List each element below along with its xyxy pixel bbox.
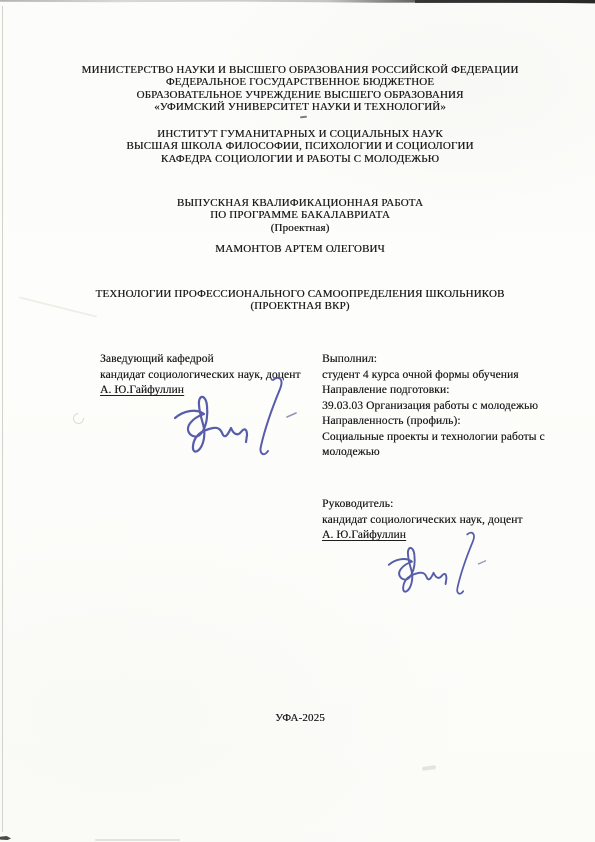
approver-block: Заведующий кафедрой кандидат социологиче… <box>100 352 330 399</box>
thesis-title-line: ТЕХНОЛОГИИ ПРОФЕССИОНАЛЬНОГО САМООПРЕДЕЛ… <box>20 288 580 300</box>
performer-label: Выполнил: <box>322 352 570 368</box>
university-name: «УФИМСКИЙ УНИВЕРСИТЕТ НАУКИ И ТЕХНОЛОГИЙ… <box>20 101 580 113</box>
department-line: КАФЕДРА СОЦИОЛОГИИ И РАБОТЫ С МОЛОДЕЖЬЮ <box>20 153 580 165</box>
scan-edge-left <box>2 6 3 832</box>
thesis-title-line: (ПРОЕКТНАЯ ВКР) <box>20 300 580 312</box>
scan-edge-right <box>593 60 594 800</box>
ministry-line: ОБРАЗОВАТЕЛЬНОЕ УЧРЕЖДЕНИЕ ВЫСШЕГО ОБРАЗ… <box>20 89 580 101</box>
performer-block: Выполнил: студент 4 курса очной формы об… <box>322 352 570 461</box>
scan-edge-top-right <box>415 0 595 3</box>
city-year: УФА-2025 <box>20 712 580 724</box>
supervisor-name: А. Ю.Гайфуллин <box>322 528 570 544</box>
approver-position: Заведующий кафедрой <box>100 352 330 368</box>
performer-line: Социальные проекты и технологии работы с <box>322 430 570 446</box>
work-type-line: ВЫПУСКНАЯ КВАЛИФИКАЦИОННАЯ РАБОТА <box>20 197 580 209</box>
thesis-title: ТЕХНОЛОГИИ ПРОФЕССИОНАЛЬНОГО САМООПРЕДЕЛ… <box>20 288 580 313</box>
supervisor-block: Руководитель: кандидат социологических н… <box>322 497 570 544</box>
work-type-block: ВЫПУСКНАЯ КВАЛИФИКАЦИОННАЯ РАБОТА ПО ПРО… <box>20 197 580 234</box>
scan-smudge-bottom <box>95 839 180 841</box>
author-name: МАМОНТОВ АРТЕМ ОЛЕГОВИЧ <box>20 243 580 255</box>
institute-line: ИНСТИТУТ ГУМАНИТАРНЫХ И СОЦИАЛЬНЫХ НАУК <box>20 128 580 140</box>
school-line: ВЫСШАЯ ШКОЛА ФИЛОСОФИИ, ПСИХОЛОГИИ И СОЦ… <box>20 140 580 152</box>
performer-line: 39.03.03 Организация работы с молодежью <box>322 399 570 415</box>
work-type-line: ПО ПРОГРАММЕ БАКАЛАВРИАТА <box>20 209 580 221</box>
ministry-line: МИНИСТЕРСТВО НАУКИ И ВЫСШЕГО ОБРАЗОВАНИЯ… <box>20 64 580 76</box>
work-type-note: (Проектная) <box>20 222 580 234</box>
supervisor-degree: кандидат социологических наук, доцент <box>322 513 570 529</box>
performer-line: студент 4 курса очной формы обучения <box>322 368 570 384</box>
performer-line: Направление подготовки: <box>322 383 570 399</box>
ministry-header: МИНИСТЕРСТВО НАУКИ И ВЫСШЕГО ОБРАЗОВАНИЯ… <box>20 64 580 114</box>
performer-line: Направленность (профиль): <box>322 414 570 430</box>
approver-degree: кандидат социологических наук, доцент <box>100 368 330 384</box>
institute-header: ИНСТИТУТ ГУМАНИТАРНЫХ И СОЦИАЛЬНЫХ НАУК … <box>20 128 580 165</box>
supervisor-label: Руководитель: <box>322 497 570 513</box>
approver-name: А. Ю.Гайфуллин <box>100 383 330 399</box>
performer-line: молодежью <box>322 445 570 461</box>
ministry-line: ФЕДЕРАЛЬНОЕ ГОСУДАРСТВЕННОЕ БЮДЖЕТНОЕ <box>20 76 580 88</box>
